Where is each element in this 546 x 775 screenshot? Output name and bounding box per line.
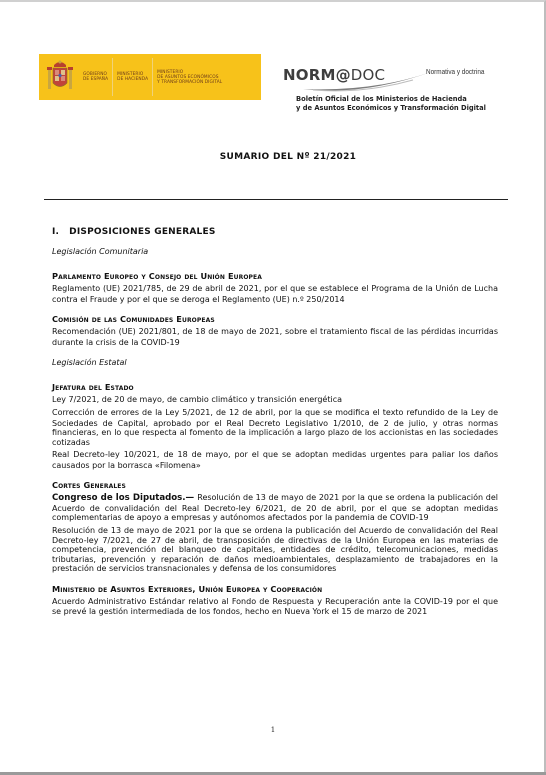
entry-text: Reglamento (UE) 2021/785, de 29 de abril… [52, 284, 498, 303]
organization-group: Ministerio de Asuntos Exteriores, Unión … [52, 585, 498, 617]
summary-title-text: SUMARIO DEL Nº 21/2021 [220, 152, 356, 162]
entry-text: Recomendación (UE) 2021/801, de 18 de ma… [52, 327, 498, 346]
summary-entry[interactable]: Resolución de 13 de mayo de 2021 por la … [52, 526, 498, 574]
summary-entry[interactable]: Corrección de errores de la Ley 5/2021, … [52, 408, 498, 447]
summary-entry[interactable]: Reglamento (UE) 2021/785, de 29 de abril… [52, 284, 498, 304]
document-page: Gobierno de España Ministerio de Haciend… [0, 0, 546, 775]
summary-entry[interactable]: Real Decreto-ley 10/2021, de 18 de mayo,… [52, 450, 498, 470]
organization-group: Parlamento Europeo y Consejo del Unión E… [52, 272, 498, 304]
government-logo-band: Gobierno de España Ministerio de Haciend… [39, 54, 261, 100]
organization-heading: Cortes Generales [52, 481, 498, 490]
bulletin-title: Boletín Oficial de los Ministerios de Ha… [296, 95, 486, 113]
page-number: 1 [0, 726, 546, 734]
horizontal-rule [44, 199, 508, 200]
subsection-heading: Legislación Comunitaria [52, 247, 498, 256]
logo-main-text: NORM@ [283, 66, 351, 84]
logo-tail-text: DOC [351, 66, 385, 84]
summary-title: SUMARIO DEL Nº 21/2021 [0, 152, 546, 162]
summary-entry[interactable]: Ley 7/2021, de 20 de mayo, de cambio cli… [52, 395, 498, 405]
entry-text: Acuerdo Administrativo Estándar relativo… [52, 597, 498, 616]
section-title: DISPOSICIONES GENERALES [69, 227, 215, 237]
organization-heading: Jefatura del Estado [52, 383, 498, 392]
gobierno-de-espana-label: Gobierno de España [79, 72, 112, 82]
entry-text: Corrección de errores de la Ley 5/2021, … [52, 408, 498, 446]
summary-entry[interactable]: Congreso de los Diputados.— Resolución d… [52, 493, 498, 522]
entry-text: Resolución de 13 de mayo de 2021 por la … [52, 526, 498, 574]
normadoc-logo: NORM@DOC [283, 66, 385, 84]
summary-entry[interactable]: Acuerdo Administrativo Estándar relativo… [52, 597, 498, 617]
bulletin-title-line-2: y de Asuntos Económicos y Transformación… [296, 104, 486, 113]
organization-heading: Ministerio de Asuntos Exteriores, Unión … [52, 585, 498, 594]
spanish-coat-of-arms-icon [45, 59, 75, 95]
normadoc-header: NORM@DOC Normativa y doctrina Boletín Of… [283, 54, 523, 124]
bulletin-title-line-1: Boletín Oficial de los Ministerios de Ha… [296, 95, 486, 104]
entry-text: Real Decreto-ley 10/2021, de 18 de mayo,… [52, 450, 498, 469]
organization-group: Cortes Generales Congreso de los Diputad… [52, 481, 498, 574]
entry-lead: Congreso de los Diputados.— [52, 493, 197, 503]
document-body: I.DISPOSICIONES GENERALES Legislación Co… [52, 228, 498, 628]
entry-text: Ley 7/2021, de 20 de mayo, de cambio cli… [52, 395, 342, 404]
summary-entry[interactable]: Recomendación (UE) 2021/801, de 18 de ma… [52, 327, 498, 347]
section-heading: I.DISPOSICIONES GENERALES [52, 228, 498, 237]
organization-heading: Parlamento Europeo y Consejo del Unión E… [52, 272, 498, 281]
ministerio-asuntos-economicos-label: Ministerio de Asuntos Económicos y Trans… [153, 70, 226, 85]
section-number: I. [52, 227, 59, 237]
organization-group: Comisión de las Comunidades Europeas Rec… [52, 315, 498, 347]
organization-group: Jefatura del Estado Ley 7/2021, de 20 de… [52, 383, 498, 470]
ministerio-hacienda-label: Ministerio de Hacienda [113, 72, 152, 82]
subsection-heading: Legislación Estatal [52, 358, 498, 367]
organization-heading: Comisión de las Comunidades Europeas [52, 315, 498, 324]
normadoc-tagline: Normativa y doctrina [426, 67, 484, 76]
